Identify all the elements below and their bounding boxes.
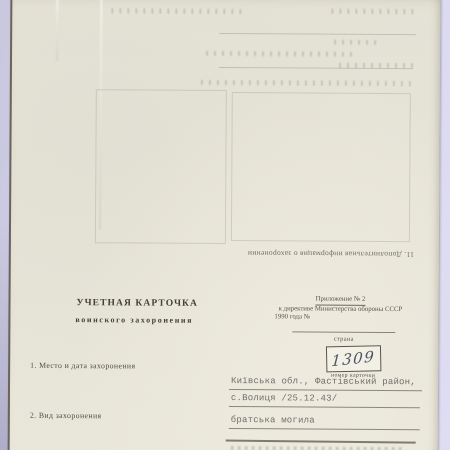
annex-reference: Приложение № 2 к директиве Министерства … xyxy=(274,295,406,322)
fill-in-rule xyxy=(226,440,416,444)
ghost-frame-left xyxy=(95,89,227,244)
faint-bleedthrough-text xyxy=(339,63,414,68)
faint-bleedthrough-text xyxy=(206,51,356,57)
clipped-text-fragment xyxy=(231,446,403,450)
faint-bleedthrough-text xyxy=(331,9,416,15)
ghost-frame-right xyxy=(231,92,411,242)
faint-bleedthrough-text xyxy=(201,80,413,86)
card-subtitle: воинского захоронения xyxy=(75,315,193,325)
fill-in-rule xyxy=(229,406,420,408)
fill-in-rule xyxy=(229,389,422,391)
field-value-region: Київська обл., Фастівський район, xyxy=(231,376,416,387)
annex-line3: 1990 года № xyxy=(274,313,406,322)
photo-of-document: 11. Дополнительная информация о захороне… xyxy=(0,0,450,450)
card-title: УЧЕТНАЯ КАРТОЧКА xyxy=(76,298,198,309)
card-number-box: 1309 xyxy=(326,345,382,372)
field-label-place-date: 1. Место и дата захоронения xyxy=(30,361,135,371)
annex-line1: Приложение № 2 xyxy=(316,296,366,306)
field-value-burial-type: братська могила xyxy=(231,415,315,426)
handwritten-card-number: 1309 xyxy=(331,347,376,370)
divider-rule xyxy=(292,331,395,333)
faint-bleedthrough-text xyxy=(334,40,382,45)
field-label-burial-type: 2. Вид захоронения xyxy=(30,411,102,420)
flipped-section-label: 11. Дополнительная информация о захороне… xyxy=(233,249,429,259)
fill-in-rule xyxy=(229,428,420,430)
country-label: страна xyxy=(292,335,395,343)
field-value-village-date: с.Волиця /25.12.43/ xyxy=(231,393,337,404)
paper-crease xyxy=(56,0,58,61)
faint-bleedthrough-text xyxy=(111,8,246,14)
faint-rule xyxy=(219,33,416,35)
